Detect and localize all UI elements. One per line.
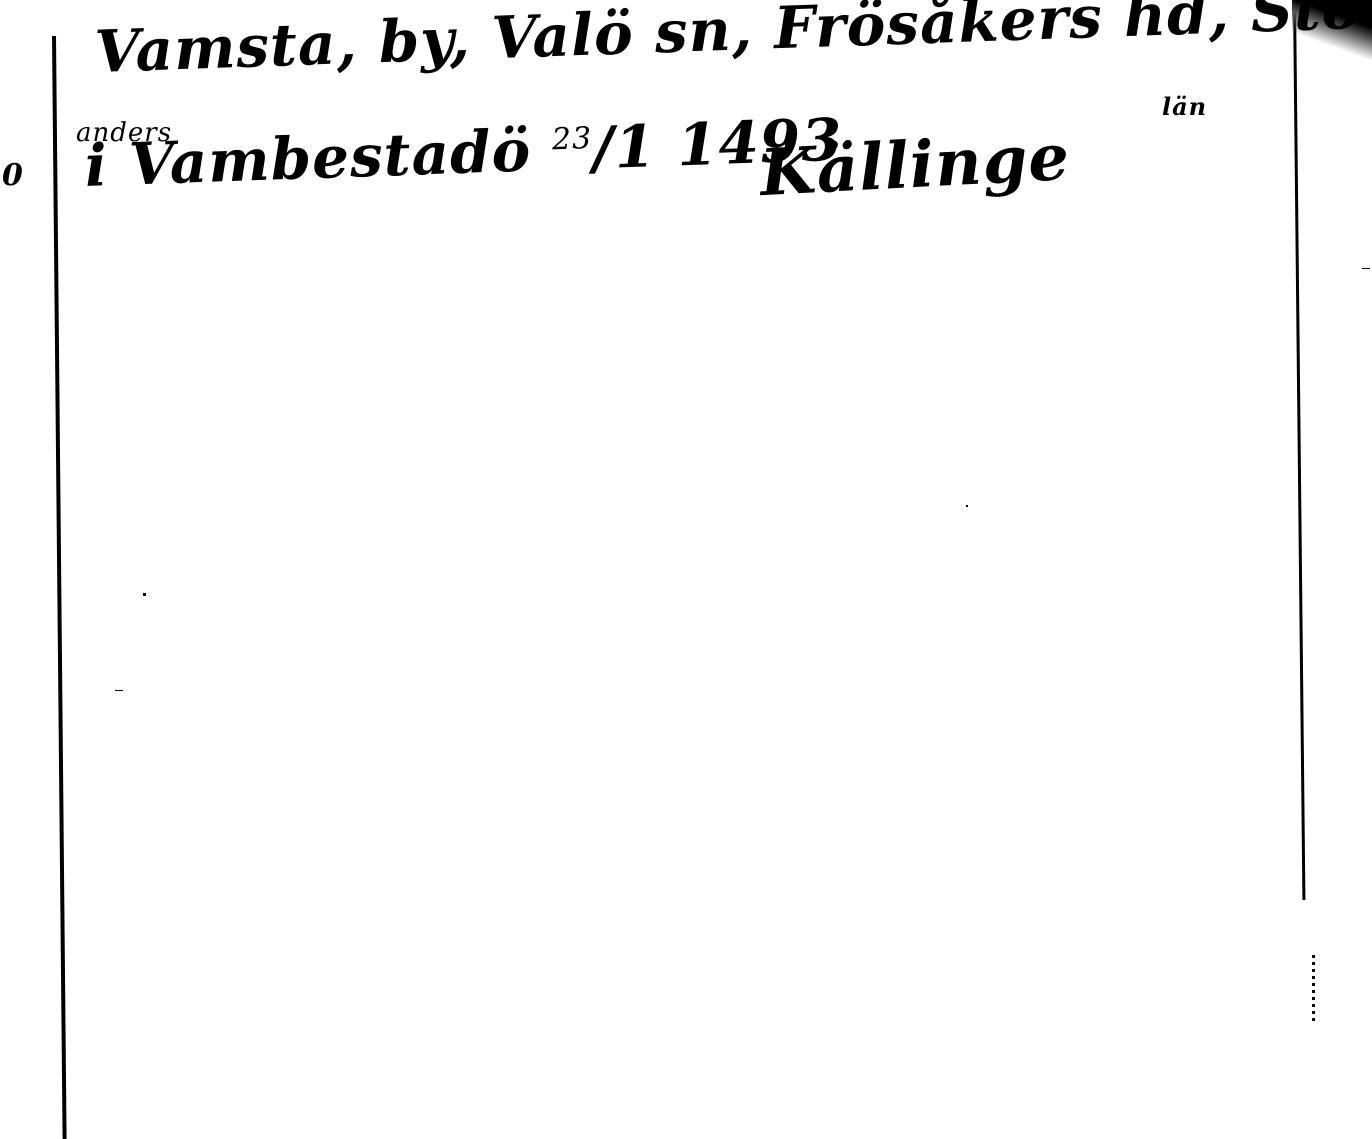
archive-card: 0 Vamsta, by, Valö sn, Frösåkers hd, Sto… <box>0 0 1372 1139</box>
scan-speck <box>115 690 123 691</box>
right-margin-line-dotted <box>1312 955 1315 1025</box>
record-line: i Vambestadö 23/1 1493 <box>84 106 844 200</box>
scan-speck <box>1362 268 1370 269</box>
scan-speck <box>143 593 146 596</box>
lan-superscript: län <box>1162 92 1207 121</box>
date-day: 23 <box>551 121 592 157</box>
place-text: Vamsta, by, Valö sn, Frösåkers hd, Stock… <box>94 0 1372 86</box>
record-text: i Vambestadö <box>84 116 533 200</box>
right-margin-line <box>1293 0 1305 900</box>
place-line: Vamsta, by, Valö sn, Frösåkers hd, Stock… <box>94 0 1372 86</box>
scan-speck <box>966 505 968 507</box>
source-signature: Källinge <box>758 120 1072 211</box>
left-margin-line <box>52 36 67 1139</box>
margin-number: 0 <box>2 158 23 193</box>
